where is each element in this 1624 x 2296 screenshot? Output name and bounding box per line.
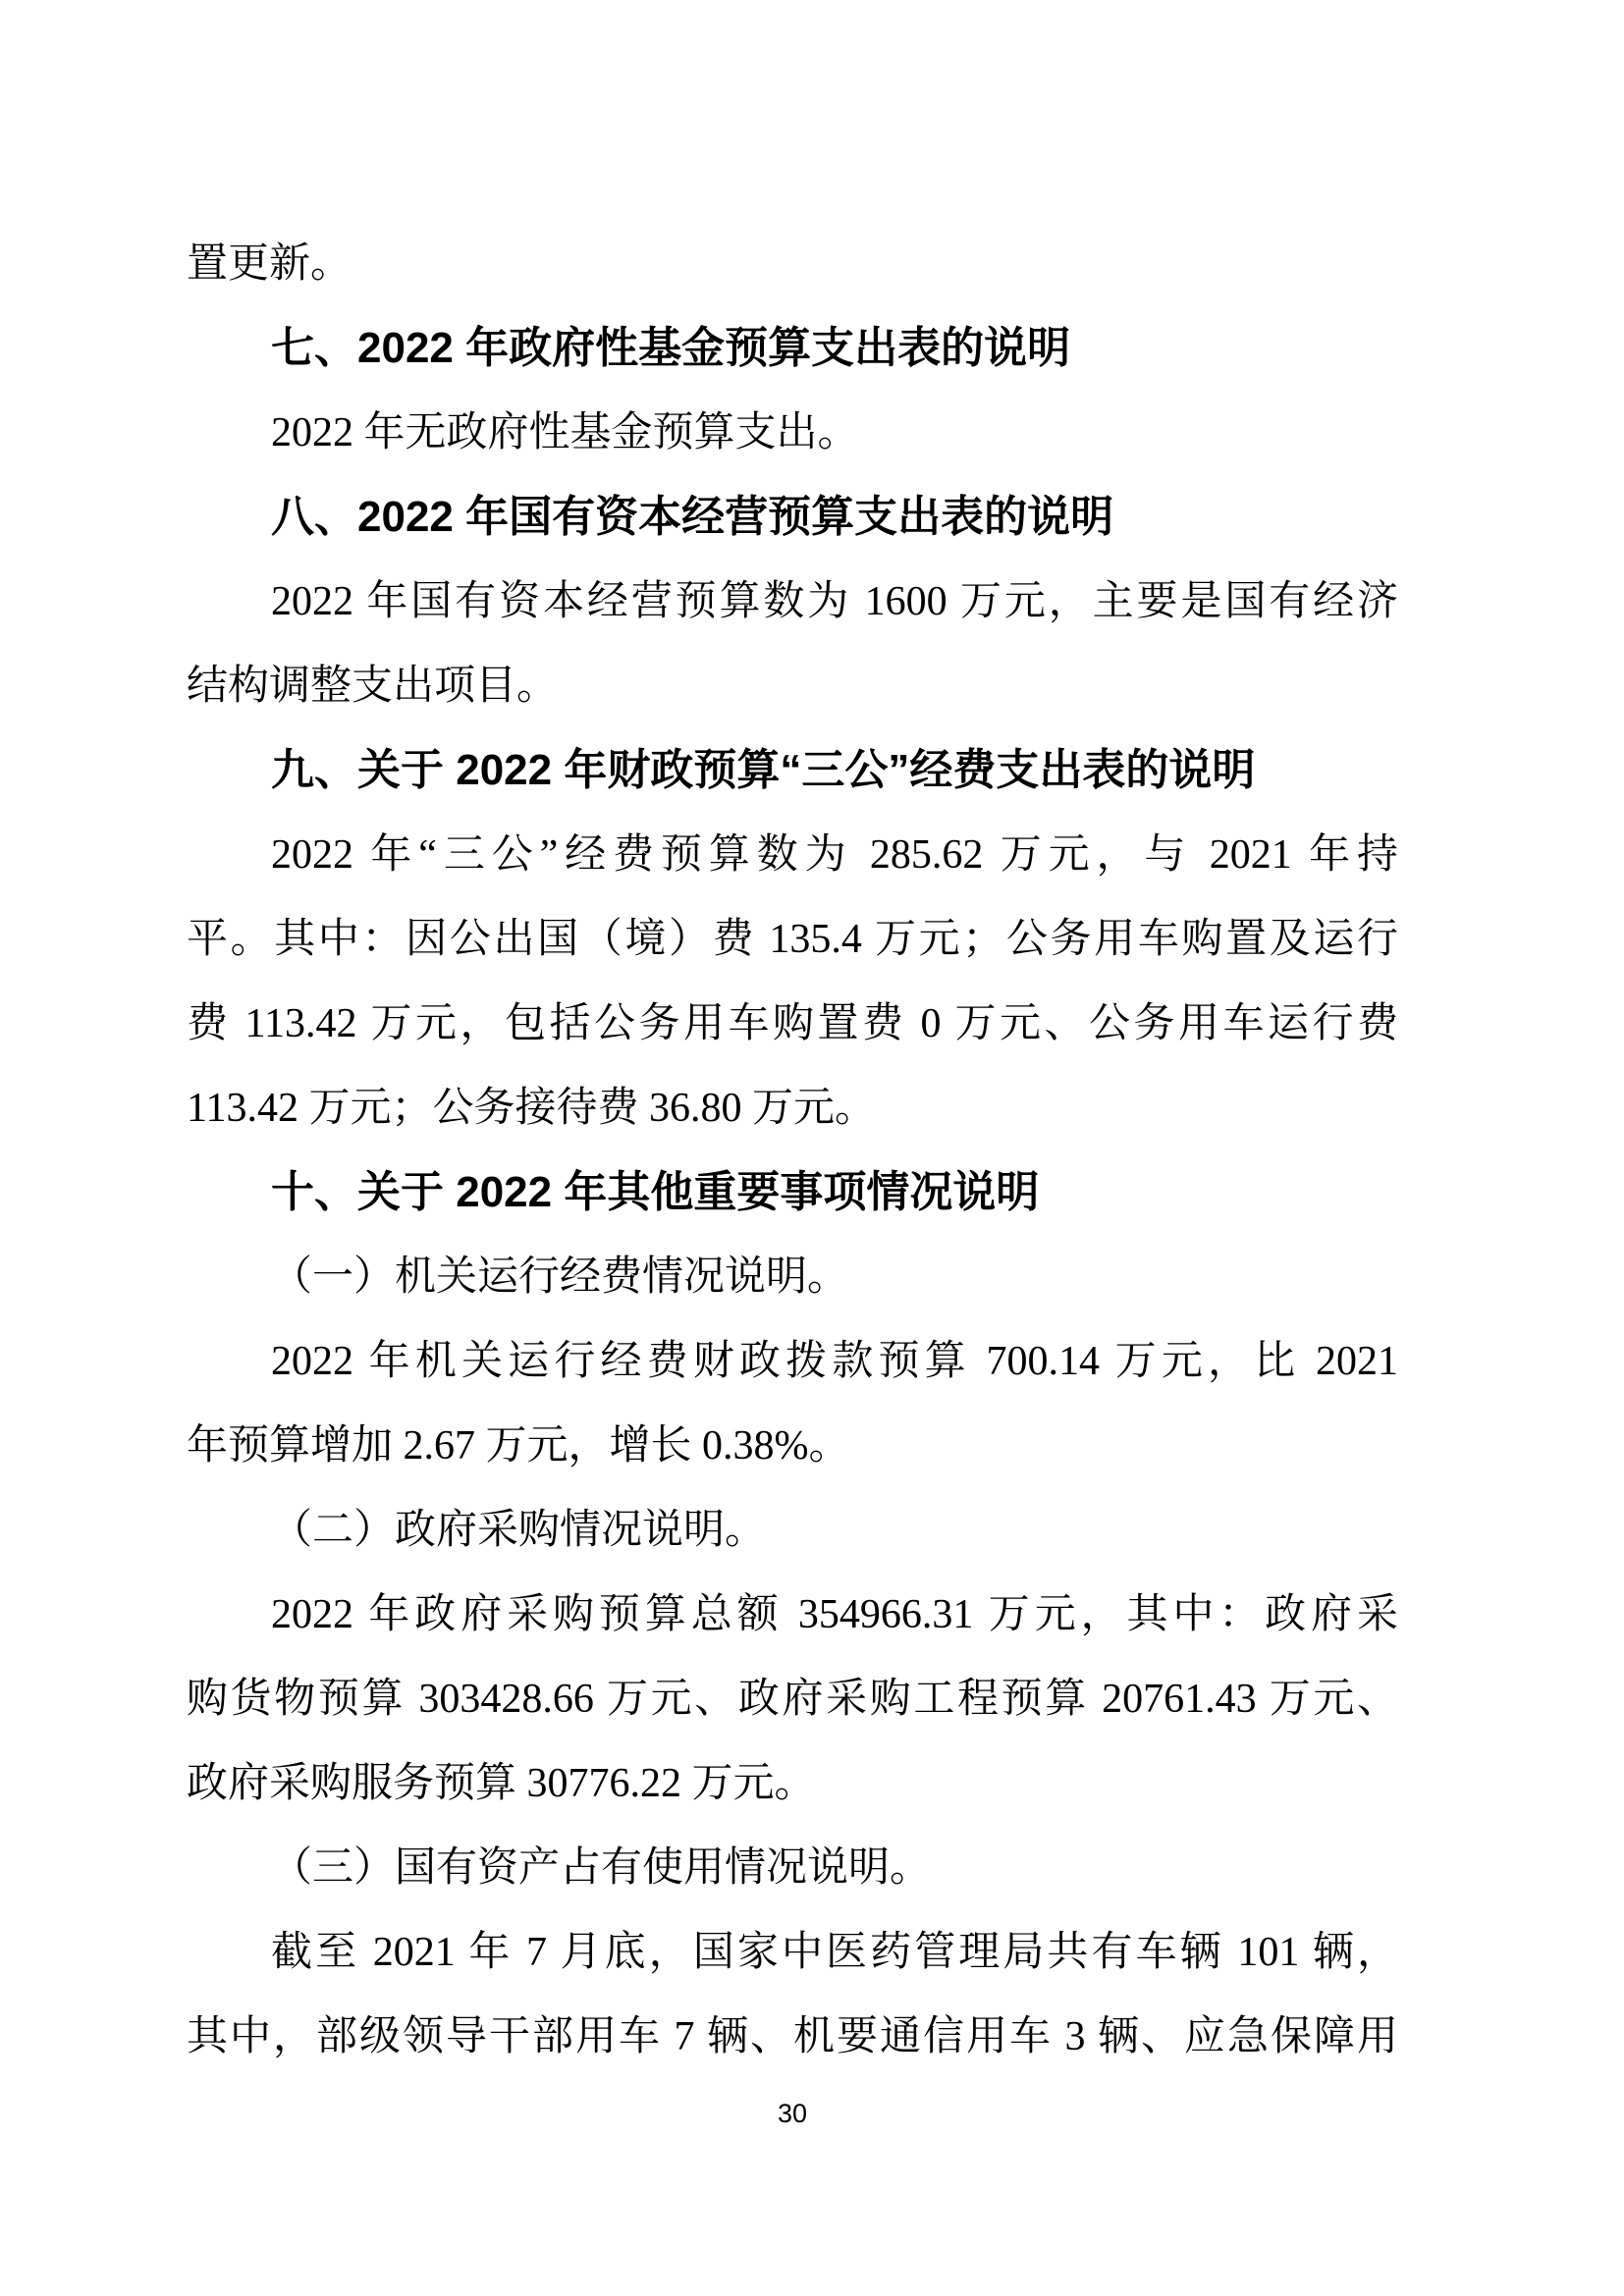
document-page: 置更新。七、2022 年政府性基金预算支出表的说明2022 年无政府性基金预算支…	[0, 0, 1624, 2296]
text-line: 购货物预算 303428.66 万元、政府采购工程预算 20761.43 万元、	[187, 1657, 1398, 1741]
page-footer: 30	[187, 2099, 1398, 2129]
text-line: 2022 年无政府性基金预算支出。	[187, 391, 1398, 475]
document-body: 置更新。七、2022 年政府性基金预算支出表的说明2022 年无政府性基金预算支…	[187, 222, 1398, 2079]
text-line: 平。其中：因公出国（境）费 135.4 万元；公务用车购置及运行	[187, 897, 1398, 982]
section-heading: 八、2022 年国有资本经营预算支出表的说明	[187, 475, 1398, 560]
section-heading: 七、2022 年政府性基金预算支出表的说明	[187, 306, 1398, 391]
text-line: 截至 2021 年 7 月底，国家中医药管理局共有车辆 101 辆，	[187, 1910, 1398, 1995]
text-line: 其中，部级领导干部用车 7 辆、机要通信用车 3 辆、应急保障用	[187, 1995, 1398, 2079]
text-line: 2022 年政府采购预算总额 354966.31 万元，其中：政府采	[187, 1573, 1398, 1657]
page-number: 30	[778, 2099, 807, 2128]
text-line: （二）政府采购情况说明。	[187, 1488, 1398, 1573]
text-line: 113.42 万元；公务接待费 36.80 万元。	[187, 1066, 1398, 1150]
text-line: 2022 年国有资本经营预算数为 1600 万元，主要是国有经济	[187, 560, 1398, 644]
text-line: 2022 年机关运行经费财政拨款预算 700.14 万元，比 2021	[187, 1319, 1398, 1404]
text-line: 费 113.42 万元，包括公务用车购置费 0 万元、公务用车运行费	[187, 982, 1398, 1066]
text-line: 政府采购服务预算 30776.22 万元。	[187, 1741, 1398, 1826]
text-line: （三）国有资产占有使用情况说明。	[187, 1826, 1398, 1910]
text-line: 结构调整支出项目。	[187, 644, 1398, 728]
text-line: （一）机关运行经费情况说明。	[187, 1235, 1398, 1319]
section-heading: 九、关于 2022 年财政预算“三公”经费支出表的说明	[187, 728, 1398, 813]
text-line: 置更新。	[187, 222, 1398, 306]
text-line: 2022 年“三公”经费预算数为 285.62 万元，与 2021 年持	[187, 813, 1398, 897]
section-heading: 十、关于 2022 年其他重要事项情况说明	[187, 1150, 1398, 1235]
text-line: 年预算增加 2.67 万元，增长 0.38%。	[187, 1404, 1398, 1488]
